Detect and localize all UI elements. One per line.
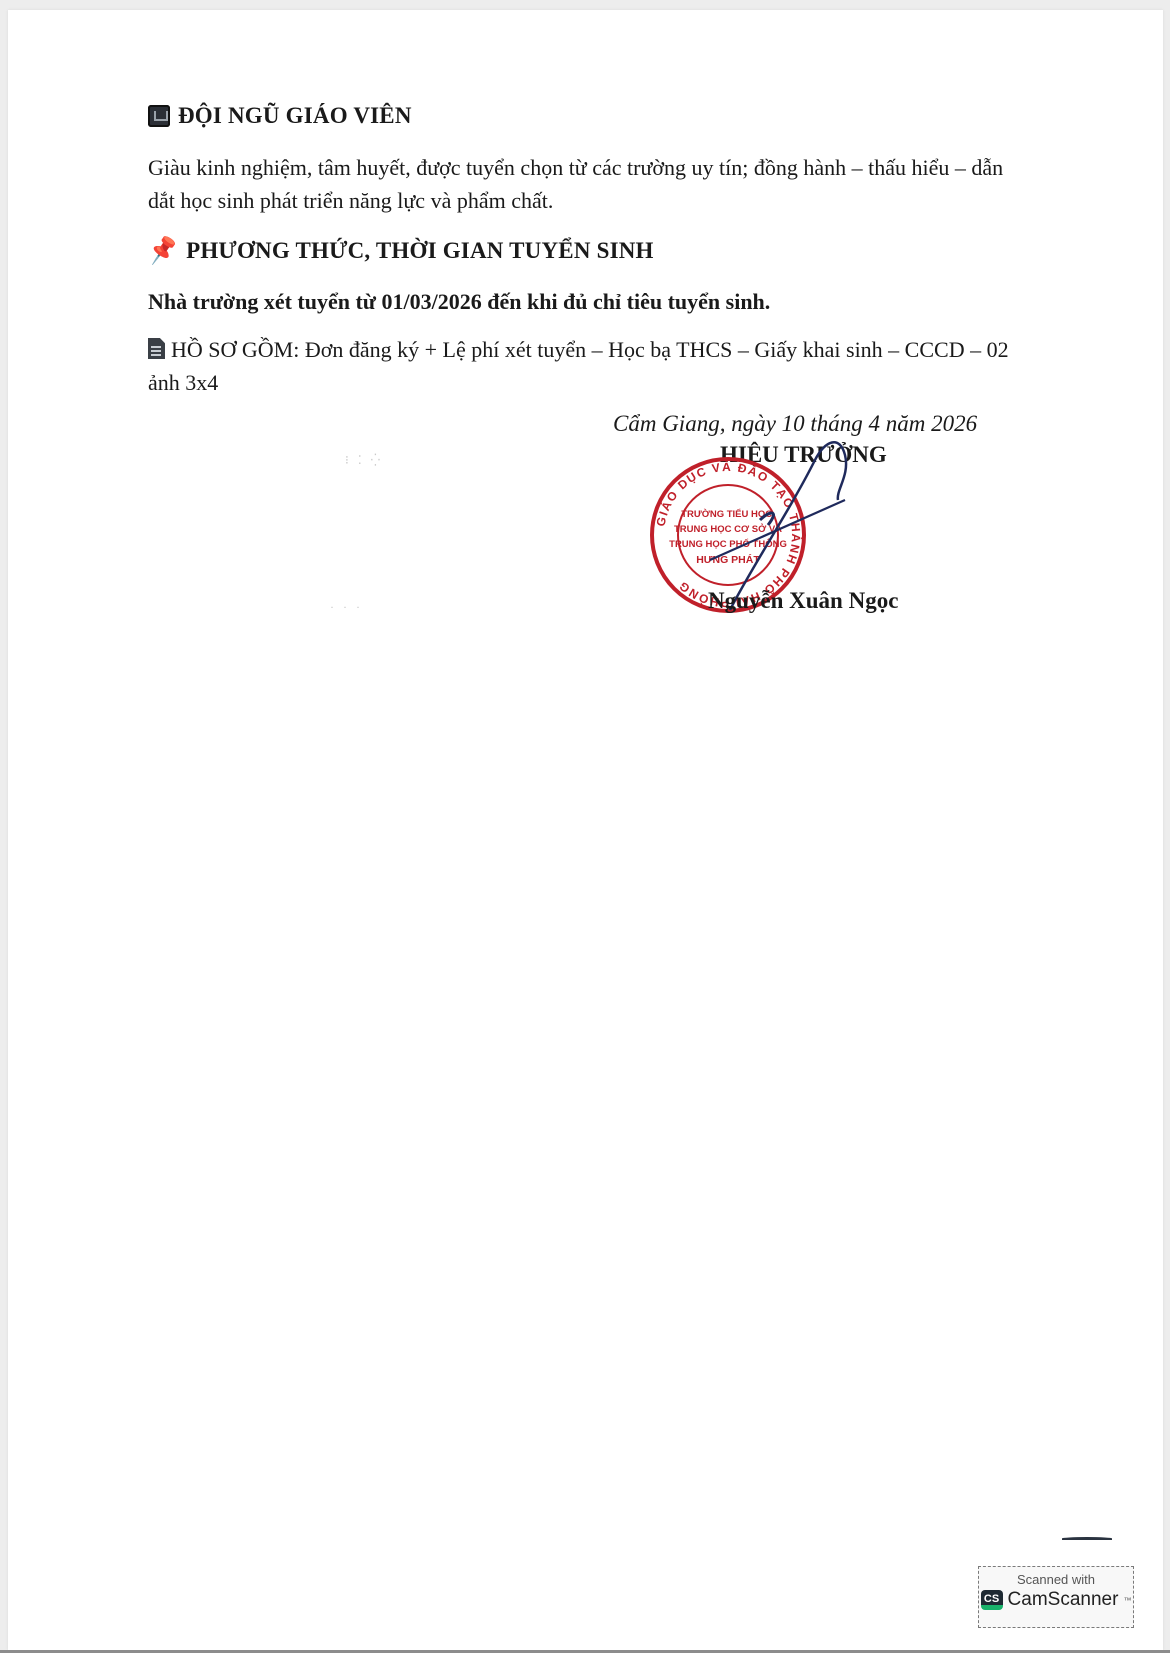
camscanner-watermark: Scanned with CS CamScanner™: [978, 1566, 1134, 1628]
svg-text:TRƯỜNG TIỂU HỌC,: TRƯỜNG TIỂU HỌC,: [681, 508, 775, 520]
documents-section: HỒ SƠ GỒM: Đơn đăng ký + Lệ phí xét tuyể…: [148, 333, 1028, 399]
admission-heading: 📌 PHƯƠNG THỨC, THỜI GIAN TUYỂN SINH: [148, 238, 1028, 264]
svg-text:TRUNG HỌC CƠ SỞ VÀ: TRUNG HỌC CƠ SỞ VÀ: [674, 523, 782, 535]
documents-body: HỒ SƠ GỒM: Đơn đăng ký + Lệ phí xét tuyể…: [148, 337, 1009, 395]
school-icon: [148, 105, 170, 127]
signer-name: Nguyễn Xuân Ngọc: [708, 588, 898, 614]
admission-section: 📌 PHƯƠNG THỨC, THỜI GIAN TUYỂN SINH: [148, 238, 1028, 264]
admission-body: Nhà trường xét tuyển từ 01/03/2026 đến k…: [148, 285, 1028, 318]
trademark-symbol: ™: [1123, 1596, 1131, 1605]
scan-speckle: ⁝ ⁚ ⁛: [345, 453, 383, 468]
teachers-heading: ĐỘI NGŨ GIÁO VIÊN: [148, 103, 1028, 129]
svg-text:HƯNG PHÁT: HƯNG PHÁT: [696, 553, 760, 566]
scan-speckle: · · ·: [330, 600, 363, 615]
teachers-section: ĐỘI NGŨ GIÁO VIÊN: [148, 103, 1028, 129]
teachers-body: Giàu kinh nghiệm, tâm huyết, được tuyển …: [148, 151, 1028, 217]
watermark-brand-name: CamScanner: [1008, 1589, 1119, 1611]
document-icon: [148, 338, 165, 359]
watermark-brand: CS CamScanner™: [979, 1589, 1133, 1611]
svg-text:TRUNG HỌC PHỔ THÔNG: TRUNG HỌC PHỔ THÔNG: [669, 538, 787, 550]
camscanner-logo-icon: CS: [981, 1590, 1003, 1610]
pushpin-icon: 📌: [146, 237, 180, 266]
watermark-caption: Scanned with: [979, 1572, 1133, 1587]
teachers-heading-text: ĐỘI NGŨ GIÁO VIÊN: [178, 103, 412, 129]
admission-heading-text: PHƯƠNG THỨC, THỜI GIAN TUYỂN SINH: [186, 238, 654, 264]
ink-mark: [1062, 1537, 1112, 1540]
place-date: Cẩm Giang, ngày 10 tháng 4 năm 2026: [613, 411, 977, 437]
